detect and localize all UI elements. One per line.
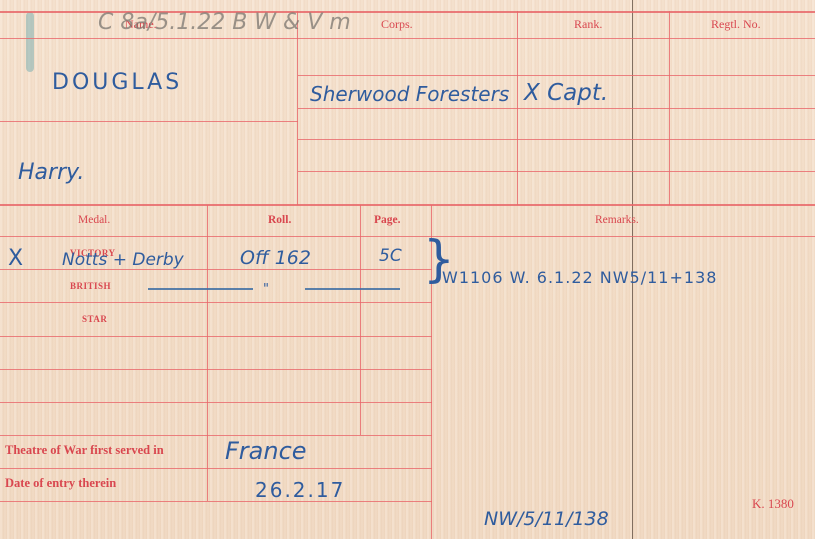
medal-index-card: Name. Corps. Rank. Regtl. No. C 8a/5.1.2… bbox=[0, 0, 815, 539]
medal-name-british: British bbox=[70, 281, 111, 291]
col-divider bbox=[360, 205, 361, 435]
col-divider bbox=[669, 11, 670, 205]
col-divider bbox=[207, 205, 208, 501]
rule bbox=[298, 139, 815, 140]
label-regtl-no: Regtl. No. bbox=[711, 17, 761, 32]
form-number: K. 1380 bbox=[752, 496, 794, 512]
rank-entry: X Capt. bbox=[524, 80, 608, 106]
rule bbox=[0, 468, 432, 469]
pencil-annotation: C 8a/5.1.22 B W & V m bbox=[98, 10, 351, 35]
label-date-of-entry: Date of entry therein bbox=[5, 476, 116, 491]
rule bbox=[0, 121, 298, 122]
date-entry: 26.2.17 bbox=[255, 478, 345, 502]
rule bbox=[298, 75, 815, 76]
rule bbox=[0, 336, 432, 337]
rule bbox=[298, 108, 815, 109]
british-ditto-dash bbox=[148, 288, 253, 290]
label-remarks: Remarks. bbox=[595, 214, 639, 226]
label-page: Page. bbox=[374, 214, 401, 226]
col-divider bbox=[517, 11, 518, 205]
corps-entry: Sherwood Foresters bbox=[310, 82, 509, 106]
surname-entry: DOUGLAS bbox=[52, 70, 182, 95]
victory-medal-entry: Notts + Derby bbox=[62, 250, 184, 270]
victory-page-entry: 5C bbox=[379, 246, 402, 266]
forename-entry: Harry. bbox=[18, 160, 84, 185]
british-page-ditto-dash bbox=[305, 288, 400, 290]
rule bbox=[0, 302, 432, 303]
label-roll: Roll. bbox=[268, 214, 291, 226]
label-rank: Rank. bbox=[574, 17, 602, 32]
label-theatre: Theatre of War first served in bbox=[5, 443, 164, 458]
theatre-entry: France bbox=[225, 437, 307, 465]
rule bbox=[298, 171, 815, 172]
label-medal: Medal. bbox=[78, 214, 110, 226]
rule-medal-header bbox=[0, 236, 815, 237]
bottom-annotation: NW/5/11/138 bbox=[484, 508, 609, 530]
rule-header-bottom bbox=[0, 38, 815, 39]
rule bbox=[0, 369, 432, 370]
label-corps: Corps. bbox=[381, 17, 413, 32]
remarks-entry: W1106 W. 6.1.22 NW5/11+138 bbox=[442, 268, 717, 287]
rule-section bbox=[0, 204, 815, 206]
british-roll-ditto: " bbox=[263, 282, 269, 297]
victory-roll-entry: Off 162 bbox=[240, 247, 311, 269]
teal-ink-mark bbox=[26, 12, 34, 72]
victory-mark: X bbox=[8, 246, 23, 271]
rule bbox=[0, 435, 432, 436]
rule bbox=[0, 501, 432, 502]
medal-name-star: Star bbox=[82, 314, 107, 324]
rule bbox=[0, 402, 432, 403]
col-divider bbox=[297, 11, 298, 205]
